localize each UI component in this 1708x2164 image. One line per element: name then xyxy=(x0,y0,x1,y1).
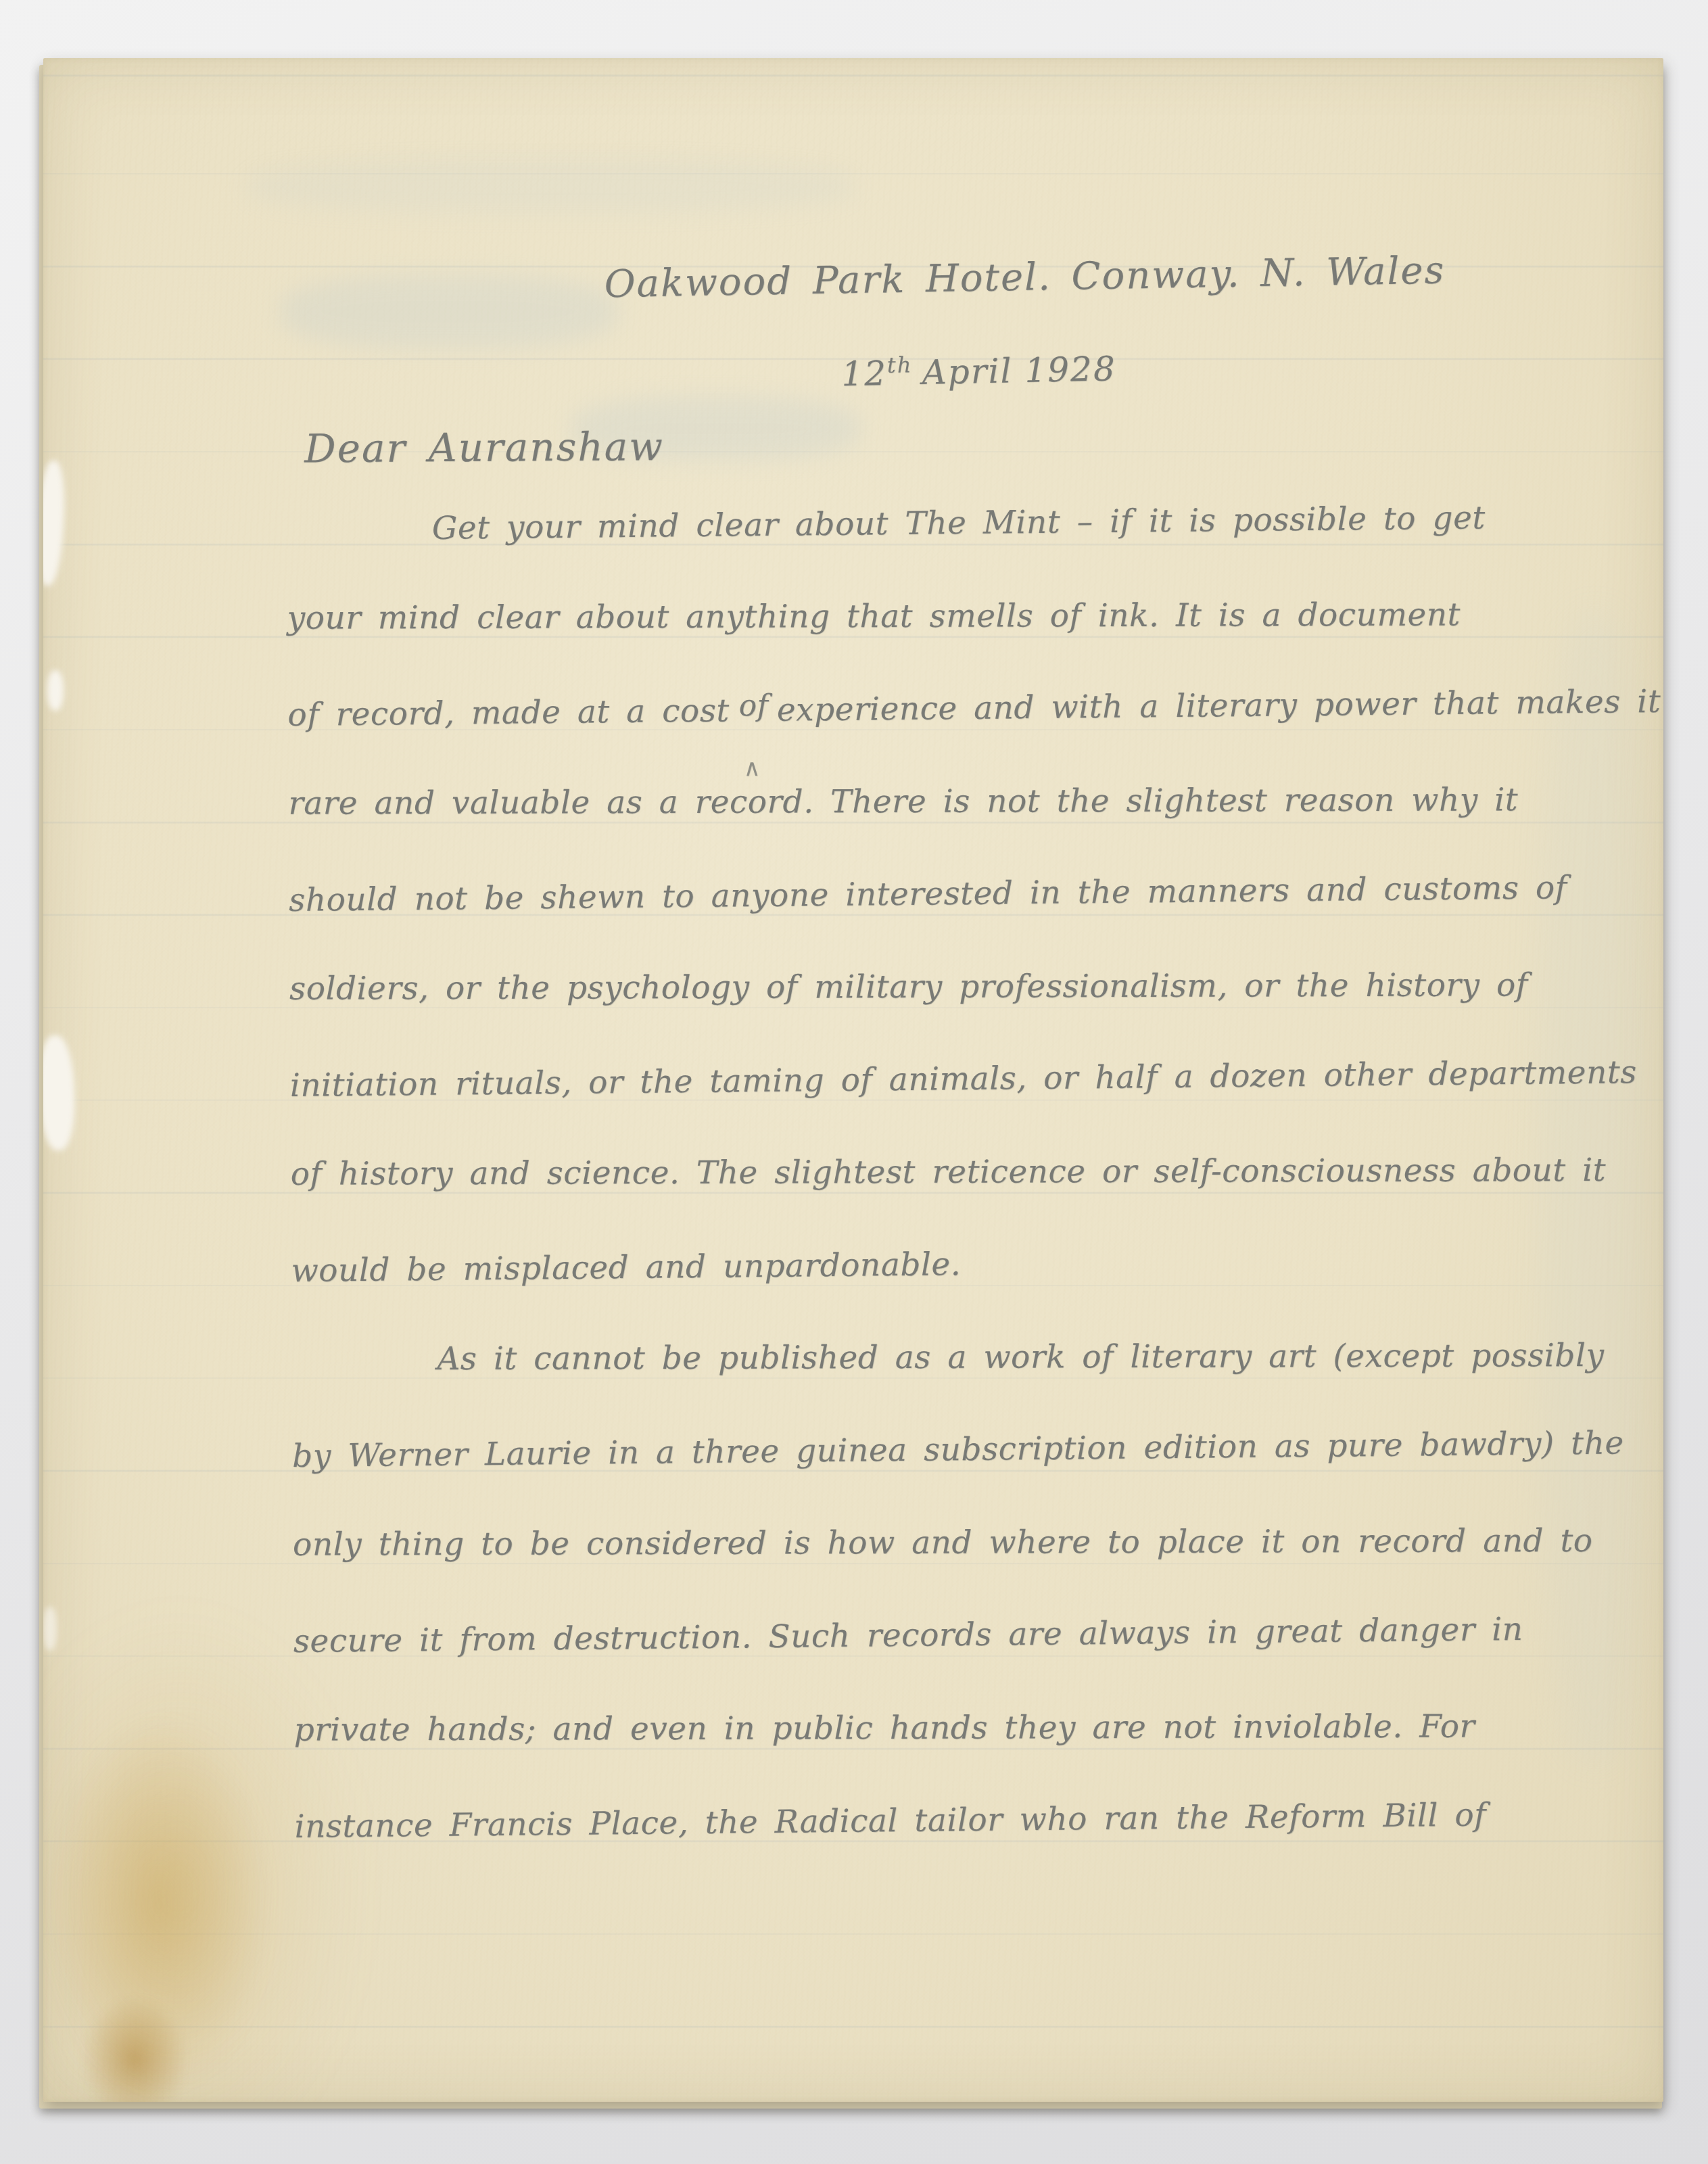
letter-paper: Oakwood Park Hotel. Conway. N. Wales 12t… xyxy=(43,58,1663,2102)
letter-heading-address: Oakwood Park Hotel. Conway. N. Wales xyxy=(604,249,1446,307)
letter-salutation: Dear Auranshaw xyxy=(304,423,664,471)
date-month-year: April 1928 xyxy=(922,349,1116,392)
letter-line: secure it from destruction. Such records… xyxy=(293,1592,1517,1697)
insertion-point: of∧ xyxy=(730,721,777,722)
letter-line: your mind clear about anything that smel… xyxy=(287,577,1511,673)
letter-line: only thing to be considered is how and w… xyxy=(293,1503,1517,1599)
letter-line: should not be shewn to anyone interested… xyxy=(289,851,1513,956)
photograph-backdrop: Oakwood Park Hotel. Conway. N. Wales 12t… xyxy=(0,0,1708,2164)
letter-line: would be misplaced and unpardonable. xyxy=(291,1221,1515,1326)
letter-line: soldiers, or the psychology of military … xyxy=(289,947,1513,1043)
letter-line: of record, made at a costof∧experience a… xyxy=(287,665,1512,770)
line-segment: of record, made at a cost xyxy=(287,692,730,734)
letter-line: instance Francis Place, the Radical tail… xyxy=(294,1777,1519,1882)
date-day: 12 xyxy=(841,354,888,394)
letter-line: Get your mind clear about The Mint – if … xyxy=(286,480,1511,585)
letter-body: Get your mind clear about The Mint – if … xyxy=(286,482,1519,1879)
handwritten-letter-text: Oakwood Park Hotel. Conway. N. Wales 12t… xyxy=(43,58,1663,2102)
line-segment: experience and with a literary power tha… xyxy=(776,683,1661,729)
letter-line: by Werner Laurie in a three guinea subsc… xyxy=(292,1407,1517,1511)
letter-line: of history and science. The slightest re… xyxy=(291,1133,1515,1229)
letter-line: private hands; and even in public hands … xyxy=(294,1689,1518,1785)
letter-line: rare and valuable as a record. There is … xyxy=(288,762,1512,858)
letter-heading-date: 12thApril 1928 xyxy=(841,348,1116,394)
letter-line: initiation rituals, or the taming of ani… xyxy=(289,1036,1514,1141)
date-ordinal-superscript: th xyxy=(886,352,912,378)
letter-line: As it cannot be published as a work of l… xyxy=(291,1318,1515,1414)
